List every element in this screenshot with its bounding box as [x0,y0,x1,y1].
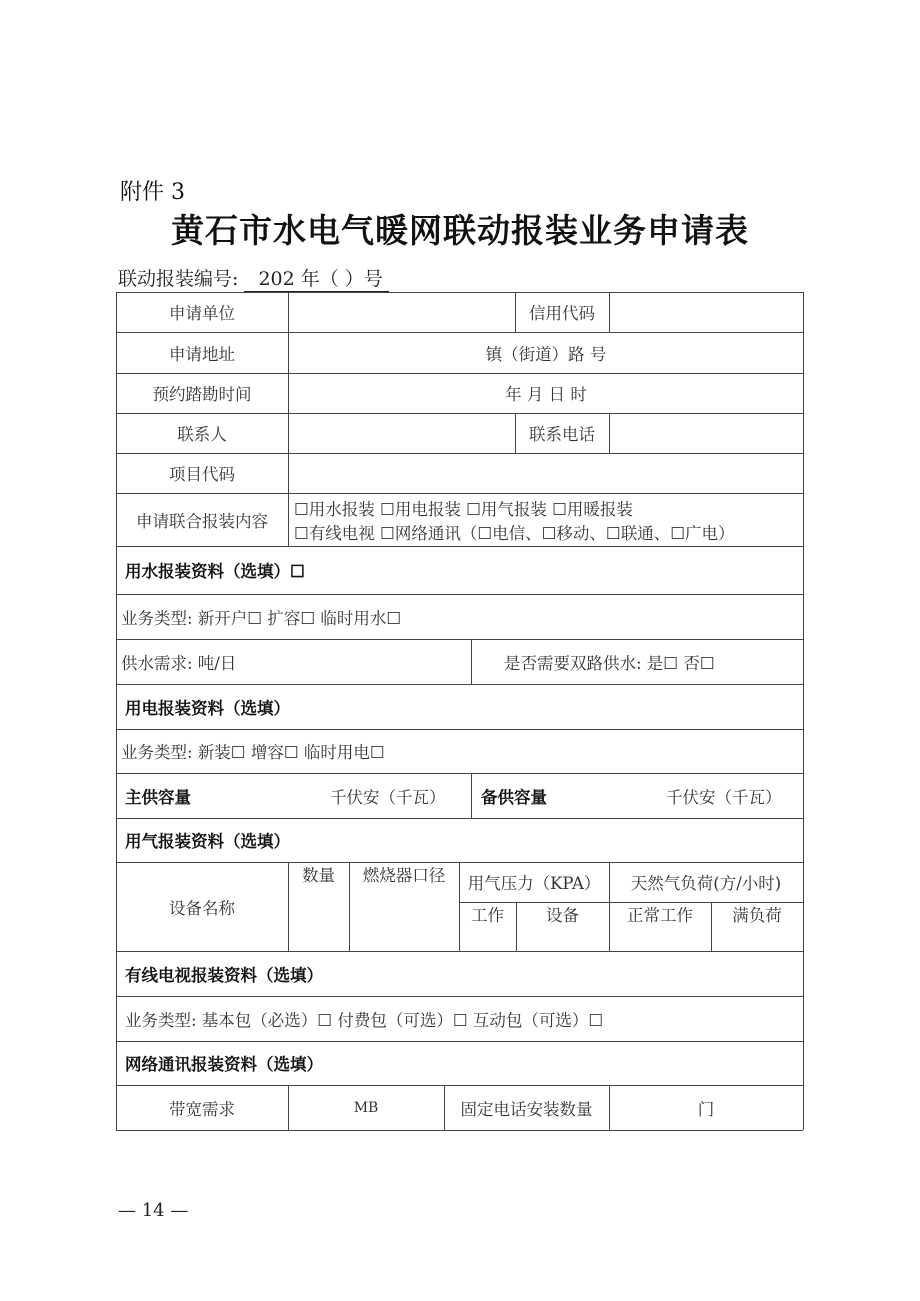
cable-tv-business-type[interactable]: 业务类型: 基本包（必选）☐ 付费包（可选）☐ 互动包（可选）☐ [125,996,801,1041]
bandwidth-label: 带宽需求 [116,1085,288,1130]
survey-time-label: 预约踏勘时间 [116,373,288,413]
gas-col-pressure-work: 工作 [459,902,516,926]
project-code-input[interactable] [289,453,803,493]
phone-count-label: 固定电话安装数量 [444,1085,609,1130]
joint-content-options-line1[interactable]: ☐用水报装 ☐用电报装 ☐用气报装 ☐用暖报装 [294,495,803,520]
address-input[interactable]: 镇（街道）路 号 [289,332,803,373]
backup-capacity-label: 备供容量 [481,773,601,818]
water-dual-supply[interactable]: 是否需要双路供水: 是☐ 否☐ [504,639,803,684]
gas-col-quantity: 数量 [288,862,349,886]
serial-label: 联动报装编号: [118,268,238,290]
contact-phone-label: 联系电话 [515,413,609,453]
contact-person-label: 联系人 [116,413,288,453]
bandwidth-input[interactable]: MB [288,1085,444,1130]
survey-time-input[interactable]: 年 月 日 时 [289,373,803,413]
gas-col-burner-diameter: 燃烧器口径 [349,862,459,886]
serial-value-field[interactable]: 202 年（ ）号 [244,264,388,292]
joint-content-options-line2[interactable]: ☐有线电视 ☐网络通讯（☐电信、☐移动、☐联通、☐广电） [294,519,803,544]
address-label: 申请地址 [116,332,288,373]
serial-number: 联动报装编号: 202 年（ ）号 [118,264,389,292]
main-capacity-label: 主供容量 [125,773,245,818]
water-supply-demand[interactable]: 供水需求: 吨/日 [121,639,471,684]
phone-count-input[interactable]: 门 [609,1085,803,1130]
application-form-table: 申请单位 信用代码 申请地址 镇（街道）路 号 预约踏勘时间 年 月 日 时 联… [116,292,803,1130]
gas-col-pressure: 用气压力（KPA） [459,862,609,902]
electric-business-type[interactable]: 业务类型: 新装☐ 增容☐ 临时用电☐ [121,729,801,773]
credit-code-input[interactable] [610,292,803,332]
gas-col-load: 天然气负荷(方/小时) [609,862,803,902]
network-section-header: 网络通讯报装资料（选填） [125,1041,795,1085]
water-section-header[interactable]: 用水报装资料（选填）☐ [125,546,795,594]
gas-col-load-normal: 正常工作 [609,902,711,926]
contact-person-input[interactable] [289,413,515,453]
project-code-label: 项目代码 [116,453,288,493]
attachment-label: 附件 3 [120,175,185,206]
gas-col-load-full: 满负荷 [711,902,803,926]
applicant-unit-input[interactable] [289,292,515,332]
electric-section-header: 用电报装资料（选填） [125,684,795,729]
gas-col-device-name: 设备名称 [116,862,288,951]
water-business-type[interactable]: 业务类型: 新开户☐ 扩容☐ 临时用水☐ [121,594,801,639]
gas-col-pressure-device: 设备 [516,902,609,926]
applicant-unit-label: 申请单位 [116,292,288,332]
cable-tv-section-header: 有线电视报装资料（选填） [125,951,795,996]
gas-section-header: 用气报装资料（选填） [125,818,795,862]
contact-phone-input[interactable] [610,413,803,453]
backup-capacity-unit[interactable]: 千伏安（千瓦） [666,773,803,818]
page-number: — 14 — [118,1200,188,1221]
main-capacity-unit[interactable]: 千伏安（千瓦） [330,773,470,818]
page-title: 黄石市水电气暖网联动报装业务申请表 [0,205,920,252]
joint-content-label: 申请联合报装内容 [116,493,288,546]
credit-code-label: 信用代码 [515,292,609,332]
